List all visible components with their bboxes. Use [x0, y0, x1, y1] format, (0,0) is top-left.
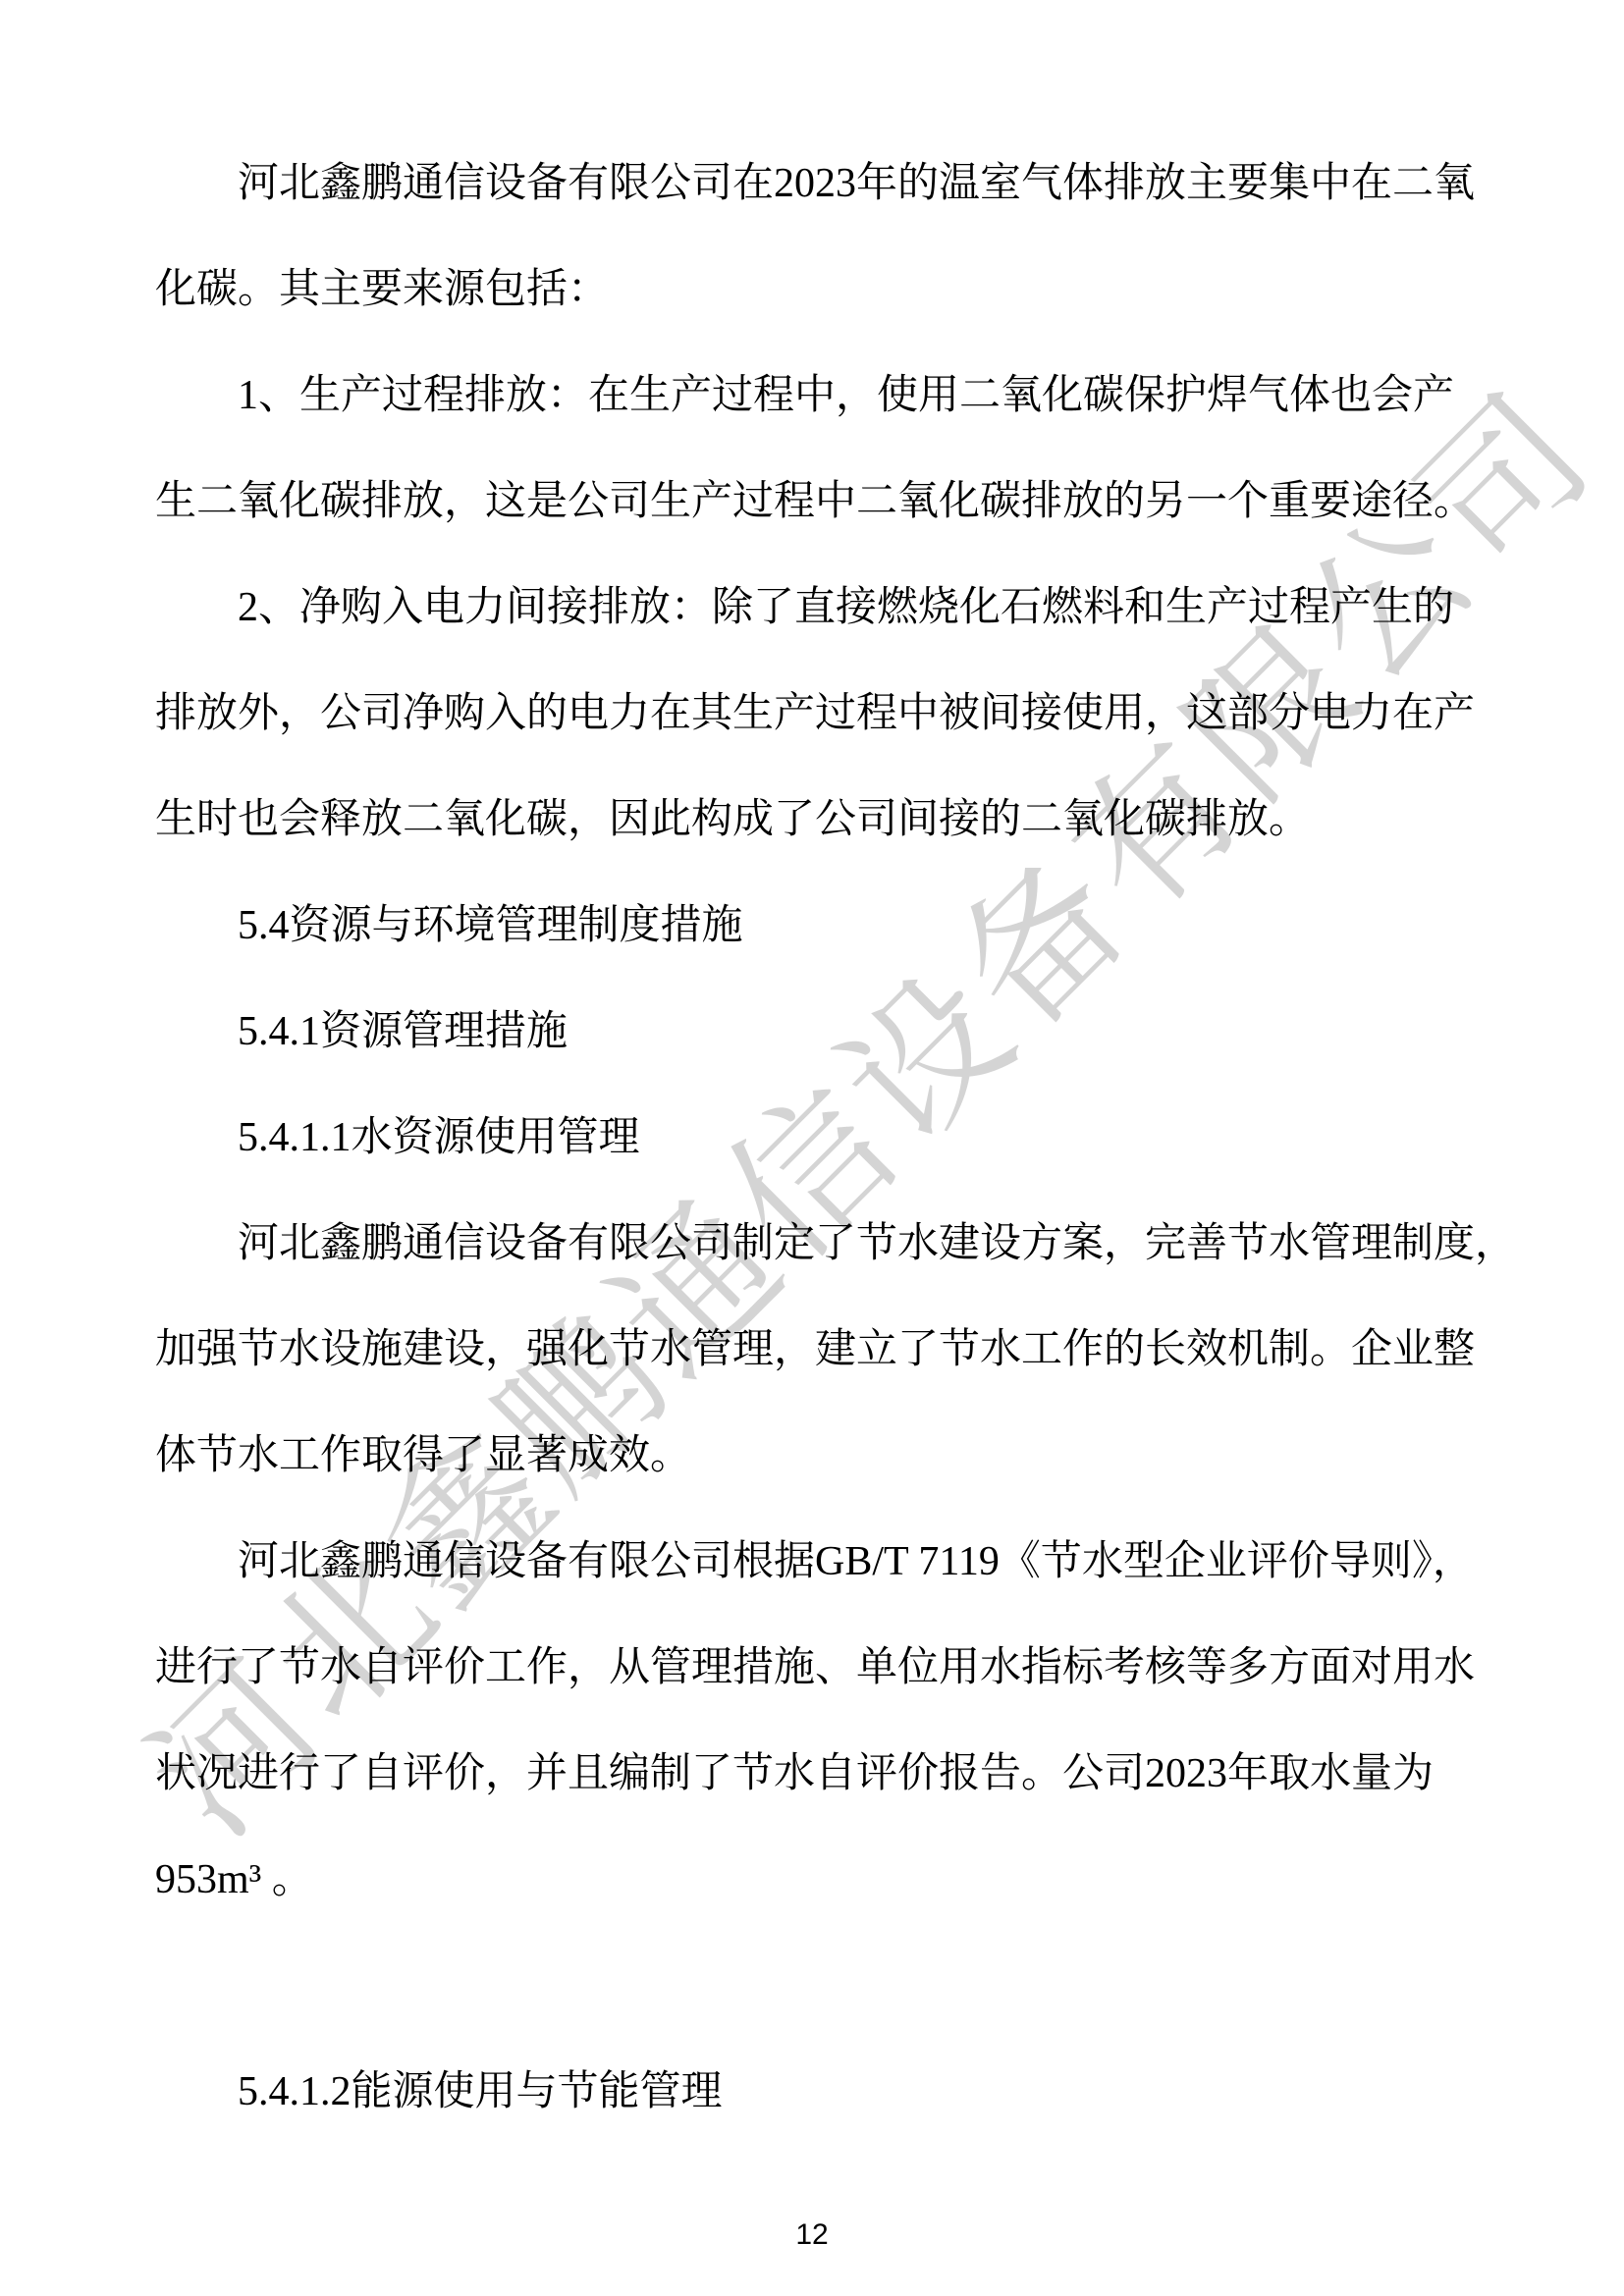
paragraph-water-line-1: 河北鑫鹏通信设备有限公司制定了节水建设方案，完善节水管理制度，	[238, 1220, 1516, 1267]
heading-5-4: 5.4资源与环境管理制度措施	[238, 902, 743, 949]
list-item-2-line-2: 排放外，公司净购入的电力在其生产过程中被间接使用，这部分电力在产	[155, 690, 1475, 737]
paragraph-eval-line-4: 953m³ 。	[155, 1856, 313, 1903]
paragraph-ghg-line-2: 化碳。其主要来源包括：	[155, 266, 609, 313]
paragraph-eval-line-3: 状况进行了自评价，并且编制了节水自评价报告。公司2023年取水量为	[155, 1750, 1434, 1797]
text-layer: 河北鑫鹏通信设备有限公司在2023年的温室气体排放主要集中在二氧 化碳。其主要来…	[0, 0, 1624, 2296]
list-item-1-line-1: 1、生产过程排放：在生产过程中，使用二氧化碳保护焊气体也会产	[238, 372, 1454, 419]
paragraph-eval-line-2: 进行了节水自评价工作，从管理措施、单位用水指标考核等多方面对用水	[155, 1644, 1475, 1691]
page-number: 12	[0, 2218, 1624, 2252]
paragraph-eval-line-1: 河北鑫鹏通信设备有限公司根据GB/T 7119《节水型企业评价导则》，	[238, 1538, 1474, 1585]
paragraph-water-line-3: 体节水工作取得了显著成效。	[155, 1432, 691, 1479]
list-item-2-line-3: 生时也会释放二氧化碳，因此构成了公司间接的二氧化碳排放。	[155, 796, 1310, 843]
paragraph-water-line-2: 加强节水设施建设，强化节水管理，建立了节水工作的长效机制。企业整	[155, 1326, 1475, 1373]
paragraph-ghg-line-1: 河北鑫鹏通信设备有限公司在2023年的温室气体排放主要集中在二氧	[238, 160, 1475, 207]
document-page: 河北鑫鹏通信设备有限公司 河北鑫鹏通信设备有限公司在2023年的温室气体排放主要…	[0, 0, 1624, 2296]
list-item-1-line-2: 生二氧化碳排放，这是公司生产过程中二氧化碳排放的另一个重要途径。	[155, 478, 1475, 525]
heading-5-4-1: 5.4.1资源管理措施	[238, 1008, 568, 1055]
list-item-2-line-1: 2、净购入电力间接排放：除了直接燃烧化石燃料和生产过程产生的	[238, 584, 1454, 631]
heading-5-4-1-1: 5.4.1.1水资源使用管理	[238, 1114, 640, 1161]
heading-5-4-1-2: 5.4.1.2能源使用与节能管理	[238, 2068, 723, 2115]
